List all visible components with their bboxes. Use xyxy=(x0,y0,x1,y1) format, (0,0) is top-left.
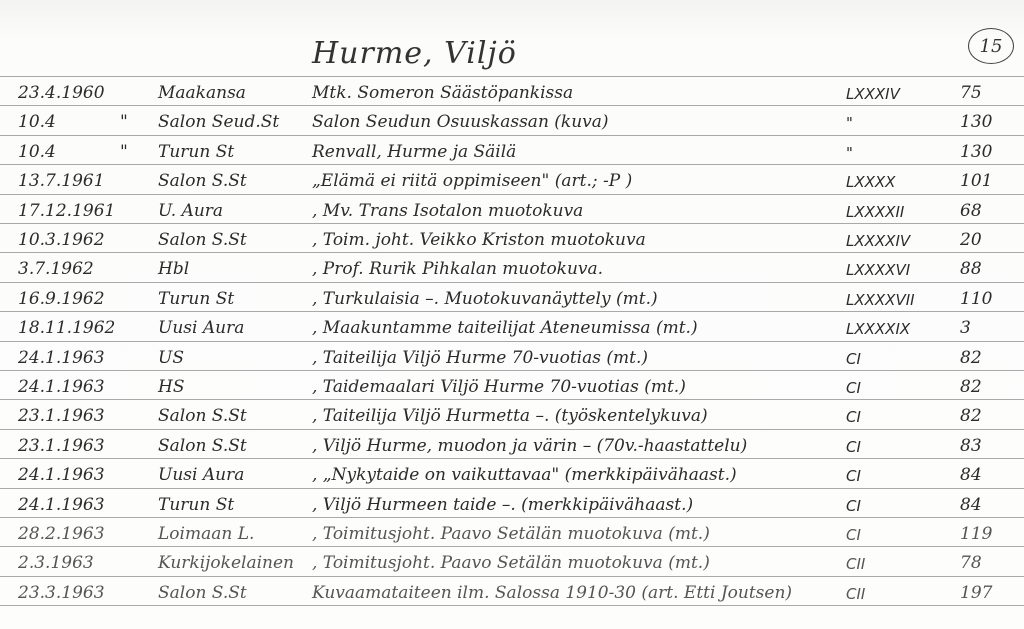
entry-volume: CI xyxy=(846,497,861,515)
card-number-circle: 15 xyxy=(968,28,1014,64)
entry-page: 130 xyxy=(960,112,992,132)
entry-title: , Toimitusjoht. Paavo Setälän muotokuva … xyxy=(312,553,710,573)
entry-page: 20 xyxy=(960,230,982,250)
entry-date: 10.4 xyxy=(18,142,56,162)
entry-volume: CII xyxy=(846,585,865,603)
entry-volume: " xyxy=(846,144,853,162)
entry-row: 3.7.1962Hbl, Prof. Rurik Pihkalan muotok… xyxy=(0,253,1024,282)
entry-title: Kuvaamataiteen ilm. Salossa 1910-30 (art… xyxy=(312,583,792,603)
entry-row: 23.1.1963Salon S.St, Viljö Hurme, muodon… xyxy=(0,430,1024,459)
entry-volume: LXXXXVI xyxy=(846,261,910,279)
entry-newspaper: Kurkijokelainen xyxy=(158,553,294,573)
entry-row: 23.1.1963Salon S.St, Taiteilija Viljö Hu… xyxy=(0,400,1024,429)
entry-title: , Taiteilija Viljö Hurme 70-vuotias (mt.… xyxy=(312,348,648,368)
entry-date: 23.3.1963 xyxy=(18,583,105,603)
entry-date: 10.4 xyxy=(18,112,56,132)
entry-page: 83 xyxy=(960,436,982,456)
entry-date: 16.9.1962 xyxy=(18,289,105,309)
card-number: 15 xyxy=(980,36,1003,57)
entry-page: 68 xyxy=(960,201,982,221)
entry-newspaper: Salon S.St xyxy=(158,230,247,250)
entry-row: 24.1.1963US, Taiteilija Viljö Hurme 70-v… xyxy=(0,342,1024,371)
entry-row: 10.3.1962Salon S.St, Toim. joht. Veikko … xyxy=(0,224,1024,253)
entry-newspaper: Uusi Aura xyxy=(158,465,244,485)
entry-row: 24.1.1963Turun St, Viljö Hurmeen taide –… xyxy=(0,489,1024,518)
entry-volume: " xyxy=(846,114,853,132)
ruled-line xyxy=(0,605,1024,606)
entry-newspaper: Uusi Aura xyxy=(158,318,244,338)
entry-row: 28.2.1963Loimaan L., Toimitusjoht. Paavo… xyxy=(0,518,1024,547)
entry-page: 88 xyxy=(960,259,982,279)
entry-newspaper: Salon S.St xyxy=(158,583,247,603)
entry-volume: CI xyxy=(846,379,861,397)
index-card: Hurme, Viljö 15 23.4.1960MaakansaMtk. So… xyxy=(0,0,1024,629)
entry-newspaper: Turun St xyxy=(158,495,234,515)
entry-date: 13.7.1961 xyxy=(18,171,105,191)
entry-year-ditto: " xyxy=(120,142,128,162)
entry-date: 24.1.1963 xyxy=(18,465,105,485)
entry-title: „Elämä ei riitä oppimiseen" (art.; -P ) xyxy=(312,171,632,191)
entry-volume: LXXXXIV xyxy=(846,232,910,250)
entry-row: 24.1.1963HS, Taidemaalari Viljö Hurme 70… xyxy=(0,371,1024,400)
entry-title: , Viljö Hurme, muodon ja värin – (70v.-h… xyxy=(312,436,747,456)
entry-title: , Toimitusjoht. Paavo Setälän muotokuva … xyxy=(312,524,710,544)
entry-newspaper: Salon S.St xyxy=(158,406,247,426)
entry-volume: CI xyxy=(846,467,861,485)
entry-row: 24.1.1963Uusi Aura, „Nykytaide on vaikut… xyxy=(0,459,1024,488)
entry-volume: CI xyxy=(846,408,861,426)
entry-newspaper: Maakansa xyxy=(158,83,246,103)
entry-title: , Viljö Hurmeen taide –. (merkkipäivähaa… xyxy=(312,495,693,515)
entry-title: Salon Seudun Osuuskassan (kuva) xyxy=(312,112,609,132)
entry-title: , „Nykytaide on vaikuttavaa" (merkkipäiv… xyxy=(312,465,737,485)
entry-date: 18.11.1962 xyxy=(18,318,115,338)
entry-year-ditto: " xyxy=(120,112,128,132)
card-heading-name: Hurme, Viljö xyxy=(312,36,517,71)
entry-date: 2.3.1963 xyxy=(18,553,94,573)
entry-page: 82 xyxy=(960,348,982,368)
entry-newspaper: HS xyxy=(158,377,184,397)
entry-volume: CI xyxy=(846,526,861,544)
entry-newspaper: Turun St xyxy=(158,142,234,162)
entry-title: , Toim. joht. Veikko Kriston muotokuva xyxy=(312,230,646,250)
entry-title: , Turkulaisia –. Muotokuvanäyttely (mt.) xyxy=(312,289,658,309)
entry-title: , Prof. Rurik Pihkalan muotokuva. xyxy=(312,259,603,279)
entry-newspaper: Turun St xyxy=(158,289,234,309)
entry-volume: LXXXX xyxy=(846,173,895,191)
entry-title: , Taiteilija Viljö Hurmetta –. (työskent… xyxy=(312,406,708,426)
entry-row: 23.3.1963Salon S.StKuvaamataiteen ilm. S… xyxy=(0,577,1024,606)
entry-page: 3 xyxy=(960,318,971,338)
entry-volume: LXXXXVII xyxy=(846,291,915,309)
entry-date: 24.1.1963 xyxy=(18,495,105,515)
entry-title: Mtk. Someron Säästöpankissa xyxy=(312,83,573,103)
entry-row: 18.11.1962Uusi Aura, Maakuntamme taiteil… xyxy=(0,312,1024,341)
entry-newspaper: Hbl xyxy=(158,259,189,279)
entry-page: 75 xyxy=(960,83,982,103)
entry-newspaper: Salon S.St xyxy=(158,436,247,456)
entry-date: 23.1.1963 xyxy=(18,406,105,426)
entry-title: Renvall, Hurme ja Säilä xyxy=(312,142,516,162)
entry-row: 10.4Turun StRenvall, Hurme ja Säilä"130" xyxy=(0,136,1024,165)
entry-title: , Taidemaalari Viljö Hurme 70-vuotias (m… xyxy=(312,377,686,397)
entry-page: 197 xyxy=(960,583,992,603)
entry-date: 3.7.1962 xyxy=(18,259,94,279)
entry-date: 23.1.1963 xyxy=(18,436,105,456)
entry-title: , Mv. Trans Isotalon muotokuva xyxy=(312,201,583,221)
entry-newspaper: U. Aura xyxy=(158,201,223,221)
entry-row: 13.7.1961Salon S.St„Elämä ei riitä oppim… xyxy=(0,165,1024,194)
entry-row: 23.4.1960MaakansaMtk. Someron Säästöpank… xyxy=(0,77,1024,106)
entry-title: , Maakuntamme taiteilijat Ateneumissa (m… xyxy=(312,318,698,338)
entry-volume: CI xyxy=(846,438,861,456)
entry-row: 16.9.1962Turun St, Turkulaisia –. Muotok… xyxy=(0,283,1024,312)
entry-newspaper: US xyxy=(158,348,184,368)
entry-date: 24.1.1963 xyxy=(18,348,105,368)
entry-row: 17.12.1961U. Aura, Mv. Trans Isotalon mu… xyxy=(0,195,1024,224)
entry-row: 2.3.1963Kurkijokelainen, Toimitusjoht. P… xyxy=(0,547,1024,576)
entry-row: 10.4Salon Seud.StSalon Seudun Osuuskassa… xyxy=(0,106,1024,135)
entry-page: 130 xyxy=(960,142,992,162)
entry-volume: LXXXIV xyxy=(846,85,900,103)
entry-newspaper: Salon Seud.St xyxy=(158,112,279,132)
entry-newspaper: Loimaan L. xyxy=(158,524,254,544)
entry-page: 110 xyxy=(960,289,992,309)
entry-date: 17.12.1961 xyxy=(18,201,115,221)
entry-newspaper: Salon S.St xyxy=(158,171,247,191)
entry-page: 78 xyxy=(960,553,982,573)
entry-page: 84 xyxy=(960,465,982,485)
entry-volume: LXXXXII xyxy=(846,203,904,221)
entry-date: 24.1.1963 xyxy=(18,377,105,397)
entry-date: 28.2.1963 xyxy=(18,524,105,544)
entry-volume: LXXXXIX xyxy=(846,320,910,338)
entry-page: 84 xyxy=(960,495,982,515)
entry-page: 119 xyxy=(960,524,992,544)
entry-date: 10.3.1962 xyxy=(18,230,105,250)
entry-volume: CI xyxy=(846,350,861,368)
entry-page: 101 xyxy=(960,171,992,191)
entry-date: 23.4.1960 xyxy=(18,83,105,103)
entry-page: 82 xyxy=(960,406,982,426)
entry-volume: CII xyxy=(846,555,865,573)
entry-page: 82 xyxy=(960,377,982,397)
